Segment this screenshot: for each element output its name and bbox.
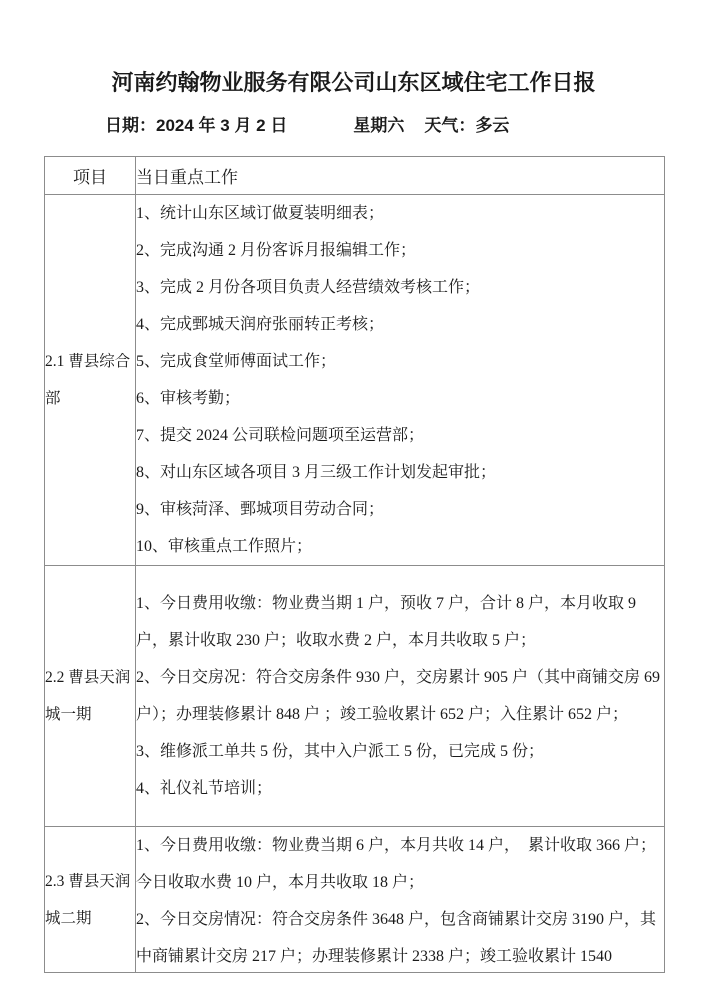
- work-item: 2、今日交房情况：符合交房条件 3648 户，包含商铺累计交房 3190 户，其…: [136, 901, 664, 972]
- date-text: 日期：2024 年 3 月 2 日: [105, 116, 287, 135]
- clipped-cell-content: 1、今日费用收缴：物业费当期 6 户，本月共收 14 户， 累计收取 366 户…: [136, 827, 664, 972]
- weekday-text: 星期六: [353, 116, 404, 135]
- project-cell: 2.2 曹县天润城一期: [45, 566, 136, 827]
- table-row-caoxian-zonghebu: 2.1 曹县综合部 1、统计山东区域订做夏装明细表； 2、完成沟通 2 月份客诉…: [45, 195, 665, 566]
- table-row-tianrun-phase1: 2.2 曹县天润城一期 1、今日费用收缴：物业费当期 1 户，预收 7 户，合计…: [45, 566, 665, 827]
- work-item: 5、完成食堂师傅面试工作；: [136, 343, 664, 380]
- work-item: 6、审核考勤；: [136, 380, 664, 417]
- work-item: 1、统计山东区域订做夏装明细表；: [136, 195, 664, 232]
- work-item: 2、今日交房况：符合交房条件 930 户，交房累计 905 户（其中商铺交房 6…: [136, 659, 664, 733]
- work-cell: 1、统计山东区域订做夏装明细表； 2、完成沟通 2 月份客诉月报编辑工作； 3、…: [136, 195, 665, 566]
- work-item: 10、审核重点工作照片；: [136, 528, 664, 565]
- work-cell: 1、今日费用收缴：物业费当期 6 户，本月共收 14 户， 累计收取 366 户…: [136, 827, 665, 973]
- work-item: 3、完成 2 月份各项目负责人经营绩效考核工作；: [136, 269, 664, 306]
- work-item: 1、今日费用收缴：物业费当期 1 户，预收 7 户，合计 8 户，本月收取 9 …: [136, 585, 664, 659]
- work-item: 7、提交 2024 公司联检问题项至运营部；: [136, 417, 664, 454]
- work-item: 1、今日费用收缴：物业费当期 6 户，本月共收 14 户， 累计收取 366 户…: [136, 827, 664, 901]
- weather-text: 天气：多云: [424, 116, 509, 135]
- work-item: 8、对山东区域各项目 3 月三级工作计划发起审批；: [136, 454, 664, 491]
- work-item: 4、完成鄄城天润府张丽转正考核；: [136, 306, 664, 343]
- work-item: 2、完成沟通 2 月份客诉月报编辑工作；: [136, 232, 664, 269]
- date-line: 日期：2024 年 3 月 2 日星期六天气：多云: [105, 111, 509, 136]
- daily-report-table: 项目 当日重点工作 2.1 曹县综合部 1、统计山东区域订做夏装明细表； 2、完…: [44, 156, 665, 973]
- work-item: 4、礼仪礼节培训；: [136, 770, 664, 807]
- project-cell: 2.3 曹县天润城二期: [45, 827, 136, 973]
- project-cell: 2.1 曹县综合部: [45, 195, 136, 566]
- table-header-row: 项目 当日重点工作: [45, 157, 665, 195]
- work-item: 3、维修派工单共 5 份，其中入户派工 5 份，已完成 5 份；: [136, 733, 664, 770]
- work-cell: 1、今日费用收缴：物业费当期 1 户，预收 7 户，合计 8 户，本月收取 9 …: [136, 566, 665, 827]
- document-page: 河南约翰物业服务有限公司山东区域住宅工作日报 日期：2024 年 3 月 2 日…: [0, 0, 707, 999]
- page-title: 河南约翰物业服务有限公司山东区域住宅工作日报: [0, 66, 707, 97]
- column-header-work: 当日重点工作: [136, 157, 665, 195]
- table-row-tianrun-phase2: 2.3 曹县天润城二期 1、今日费用收缴：物业费当期 6 户，本月共收 14 户…: [45, 827, 665, 973]
- column-header-project: 项目: [45, 157, 136, 195]
- work-item: 9、审核菏泽、鄄城项目劳动合同；: [136, 491, 664, 528]
